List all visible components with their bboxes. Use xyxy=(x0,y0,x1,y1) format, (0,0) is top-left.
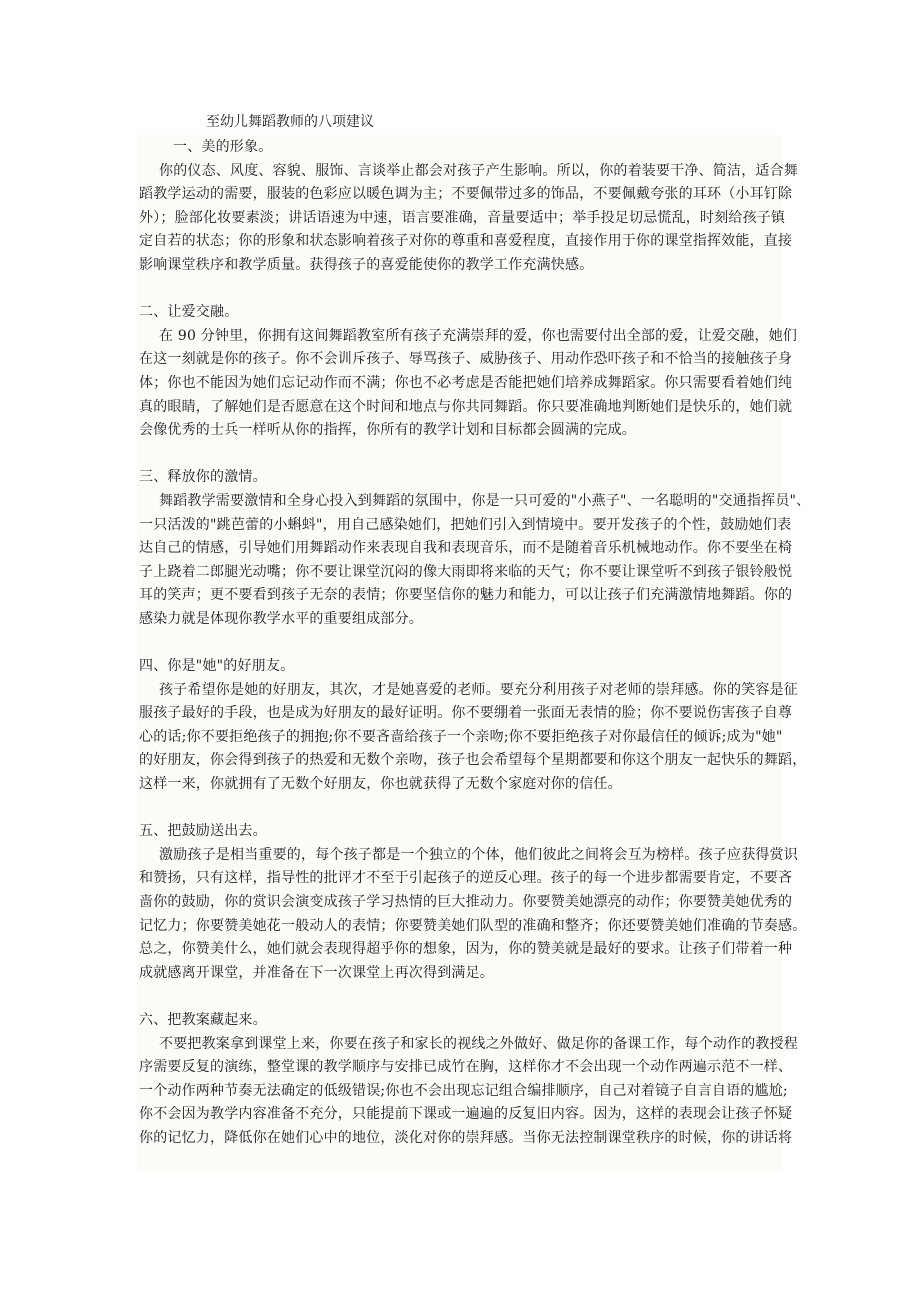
section-2: 二、让爱交融。 在 90 分钟里，你拥有这间舞蹈教室所有孩子充满崇拜的爱，你也需… xyxy=(139,301,789,443)
paragraph-line: 子上跷着二郎腿光动嘴；你不要让课堂沉闷的像大雨即将来临的天气；你不要让课堂听不到… xyxy=(139,561,789,585)
paragraph-line: 感染力就是体现你教学水平的重要组成部分。 xyxy=(139,608,789,632)
paragraph-line: 心的话;你不要拒绝孩子的拥抱;你不要吝啬给孩子一个亲吻;你不要拒绝孩子对你最信任… xyxy=(139,726,789,750)
paragraph-line: 序需要反复的演练，整堂课的教学顺序与安排已成竹在胸，这样你才不会出现一个动作两遍… xyxy=(139,1056,789,1080)
paragraph-line: 总之，你赞美什么，她们就会表现得超乎你的想象，因为，你的赞美就是最好的要求。让孩… xyxy=(139,938,789,962)
document-title: 至幼儿舞蹈教师的八项建议 xyxy=(206,112,374,132)
section-5: 五、把鼓励送出去。 激励孩子是相当重要的，每个孩子都是一个独立的个体，他们彼此之… xyxy=(139,820,789,985)
section-4: 四、你是"她"的好朋友。 孩子希望你是她的好朋友，其次，才是她喜爱的老师。要充分… xyxy=(139,655,789,797)
paragraph-line: 体；你也不能因为她们忘记动作而不满；你也不必考虑是否能把她们培养成舞蹈家。你只需… xyxy=(139,372,789,396)
paragraph-line: 在这一刻就是你的孩子。你不会训斥孩子、辱骂孩子、威胁孩子、用动作恐吓孩子和不恰当… xyxy=(139,348,789,372)
paragraph-line: 会像优秀的士兵一样听从你的指挥，你所有的教学计划和目标都会圆满的完成。 xyxy=(139,419,789,443)
paragraph-line: 啬你的鼓励，你的赏识会演变成孩子学习热情的巨大推动力。你要赞美她漂亮的动作；你要… xyxy=(139,891,789,915)
paragraph-line: 的好朋友，你会得到孩子的热爱和无数个亲吻，孩子也会希望每个星期都要和你这个朋友一… xyxy=(139,749,789,773)
section-6: 六、把教案藏起来。 不要把教案拿到课堂上来，你要在孩子和家长的视线之外做好、做足… xyxy=(139,1009,789,1151)
paragraph-line: 一只活泼的"跳芭蕾的小蝌蚪"，用自己感染她们，把她们引入到情境中。要开发孩子的个… xyxy=(139,514,789,538)
paragraph-line: 成就感离开课堂，并准备在下一次课堂上再次得到满足。 xyxy=(139,962,789,986)
paragraph-line: 在 90 分钟里，你拥有这间舞蹈教室所有孩子充满崇拜的爱，你也需要付出全部的爱，… xyxy=(139,325,789,349)
section-heading: 一、美的形象。 xyxy=(139,136,789,160)
paragraph-line: 你不会因为教学内容准备不充分，只能提前下课或一遍遍的反复旧内容。因为，这样的表现… xyxy=(139,1103,789,1127)
paragraph-line: 舞蹈教学需要激情和全身心投入到舞蹈的氛围中，你是一只可爱的"小燕子"、一名聪明的… xyxy=(139,490,789,514)
paragraph-line: 和赞扬，只有这样，指导性的批评才不至于引起孩子的逆反心理。孩子的每一个进步都需要… xyxy=(139,867,789,891)
paragraph-line: 外）；脸部化妆要素淡；讲话语速为中速，语言要准确，音量要适中；举手投足切忌慌乱，… xyxy=(139,207,789,231)
section-heading: 二、让爱交融。 xyxy=(139,301,789,325)
paragraph-line: 激励孩子是相当重要的，每个孩子都是一个独立的个体，他们彼此之间将会互为榜样。孩子… xyxy=(139,844,789,868)
section-1: 一、美的形象。 你的仪态、风度、容貌、服饰、言谈举止都会对孩子产生影响。所以，你… xyxy=(139,136,789,278)
paragraph-line: 你的仪态、风度、容貌、服饰、言谈举止都会对孩子产生影响。所以，你的着装要干净、简… xyxy=(139,160,789,184)
paragraph-line: 一个动作两种节奏无法确定的低级错误;你也不会出现忘记组合编排顺序，自己对着镜子自… xyxy=(139,1080,789,1104)
paragraph-line: 这样一来，你就拥有了无数个好朋友，你也就获得了无数个家庭对你的信任。 xyxy=(139,773,789,797)
paragraph-line: 记忆力；你要赞美她花一般动人的表情；你要赞美她们队型的准确和整齐；你还要赞美她们… xyxy=(139,915,789,939)
section-heading: 四、你是"她"的好朋友。 xyxy=(139,655,789,679)
paragraph-line: 不要把教案拿到课堂上来，你要在孩子和家长的视线之外做好、做足你的备课工作，每个动… xyxy=(139,1033,789,1057)
paragraph-line: 达自己的情感，引导她们用舞蹈动作来表现自我和表现音乐，而不是随着音乐机械地动作。… xyxy=(139,537,789,561)
paragraph-line: 影响课堂秩序和教学质量。获得孩子的喜爱能使你的教学工作充满快感。 xyxy=(139,254,789,278)
section-3: 三、释放你的激情。 舞蹈教学需要激情和全身心投入到舞蹈的氛围中，你是一只可爱的"… xyxy=(139,466,789,631)
paragraph-line: 孩子希望你是她的好朋友，其次，才是她喜爱的老师。要充分利用孩子对老师的崇拜感。你… xyxy=(139,679,789,703)
section-heading: 六、把教案藏起来。 xyxy=(139,1009,789,1033)
paragraph-line: 耳的笑声；更不要看到孩子无奈的表情；你要坚信你的魅力和能力，可以让孩子们充满激情… xyxy=(139,584,789,608)
section-heading: 五、把鼓励送出去。 xyxy=(139,820,789,844)
paragraph-line: 定自若的状态；你的形象和状态影响着孩子对你的尊重和喜爱程度，直接作用于你的课堂指… xyxy=(139,230,789,254)
paragraph-line: 你的记忆力，降低你在她们心中的地位，淡化对你的崇拜感。当你无法控制课堂秩序的时候… xyxy=(139,1127,789,1151)
section-heading: 三、释放你的激情。 xyxy=(139,466,789,490)
paragraph-line: 蹈教学运动的需要，服装的色彩应以暖色调为主；不要佩带过多的饰品，不要佩戴夸张的耳… xyxy=(139,183,789,207)
paragraph-line: 真的眼睛，了解她们是否愿意在这个时间和地点与你共同舞蹈。你只要准确地判断她们是快… xyxy=(139,396,789,420)
document-body: 一、美的形象。 你的仪态、风度、容貌、服饰、言谈举止都会对孩子产生影响。所以，你… xyxy=(139,136,789,1151)
paragraph-line: 服孩子最好的手段，也是成为好朋友的最好证明。你不要绷着一张面无表情的脸；你不要说… xyxy=(139,702,789,726)
